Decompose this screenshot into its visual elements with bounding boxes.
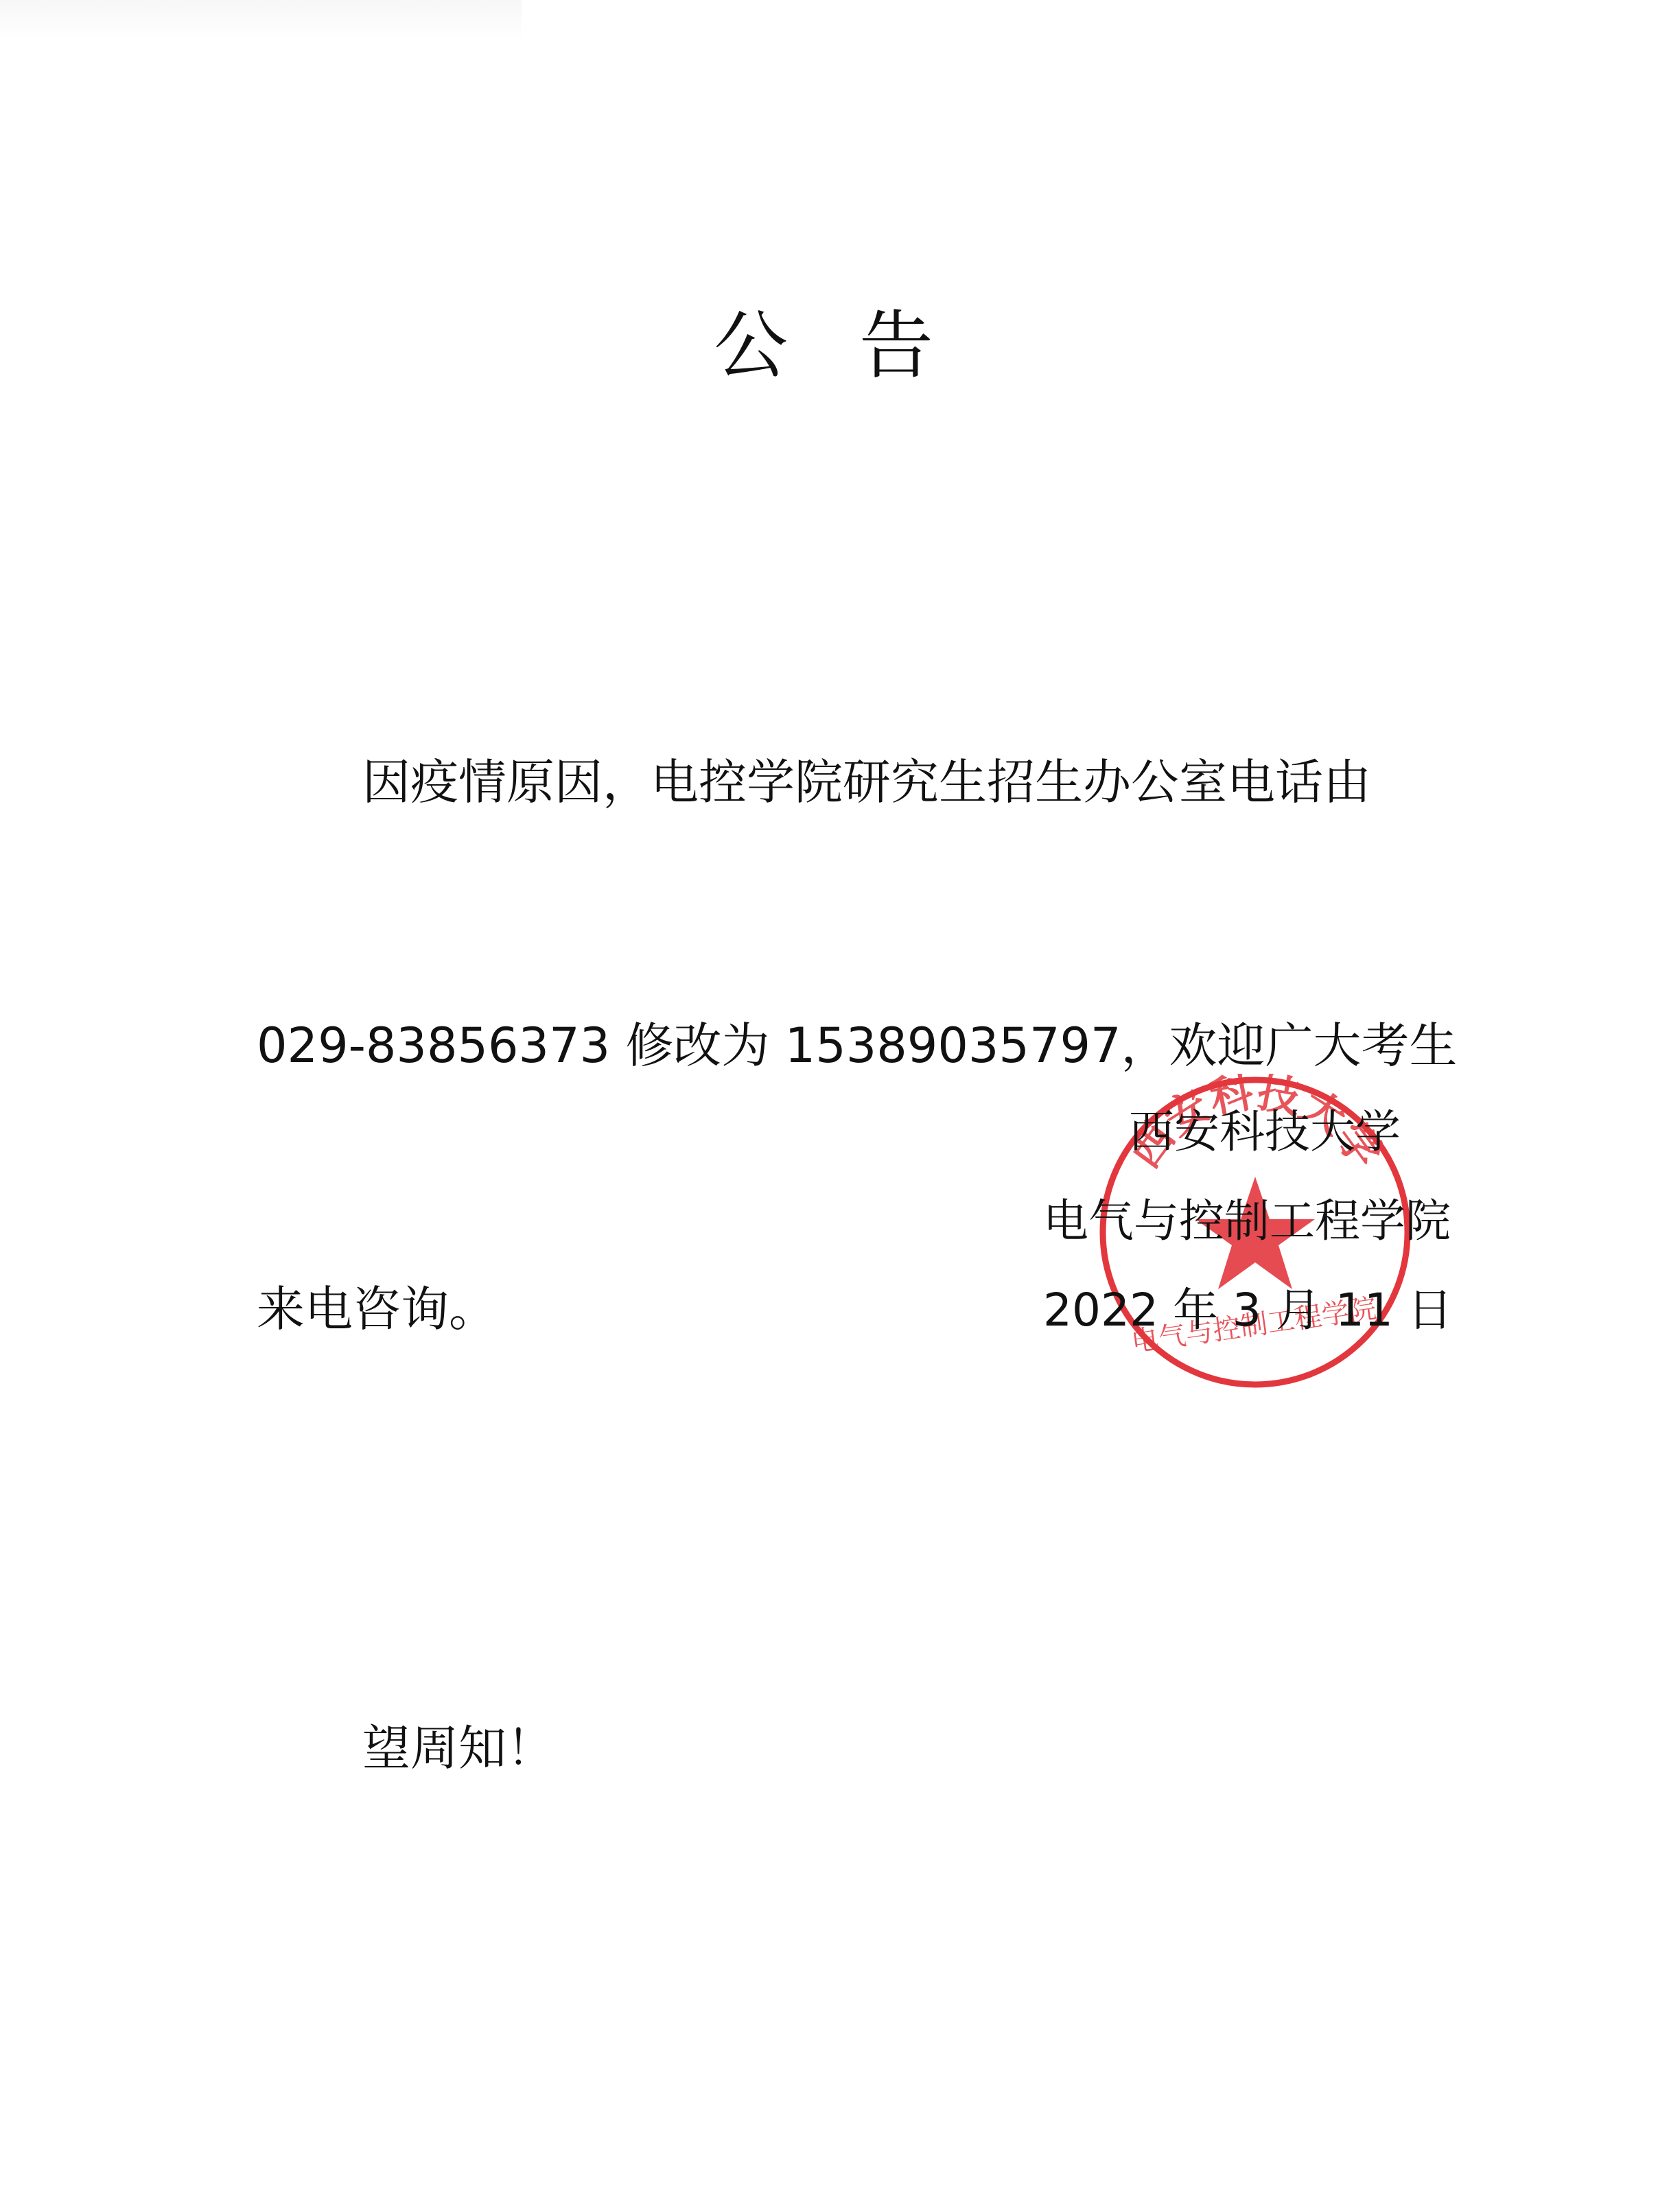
- signature-university: 西安科技大学: [1043, 1087, 1455, 1177]
- closing-line: 望周知！: [257, 1704, 1437, 1792]
- title-char-2: 告: [859, 302, 933, 391]
- signature-college: 电气与控制工程学院: [1043, 1177, 1455, 1266]
- signature-date: 2022 年 3 月 11 日: [1043, 1266, 1455, 1355]
- signature-block: 西安科技大学 电气与控制工程学院 2022 年 3 月 11 日: [1043, 1087, 1455, 1355]
- paragraph-closing: 望周知！: [257, 1529, 1437, 1968]
- title-char-1: 公: [714, 302, 788, 391]
- body-line-1: 因疫情原因，电控学院研究生招生办公室电话由: [257, 738, 1437, 826]
- scan-shadow: [0, 0, 522, 41]
- page-title: 公告: [714, 302, 933, 391]
- document-page: 公告 因疫情原因，电控学院研究生招生办公室电话由 029-83856373 修改…: [0, 0, 1658, 2212]
